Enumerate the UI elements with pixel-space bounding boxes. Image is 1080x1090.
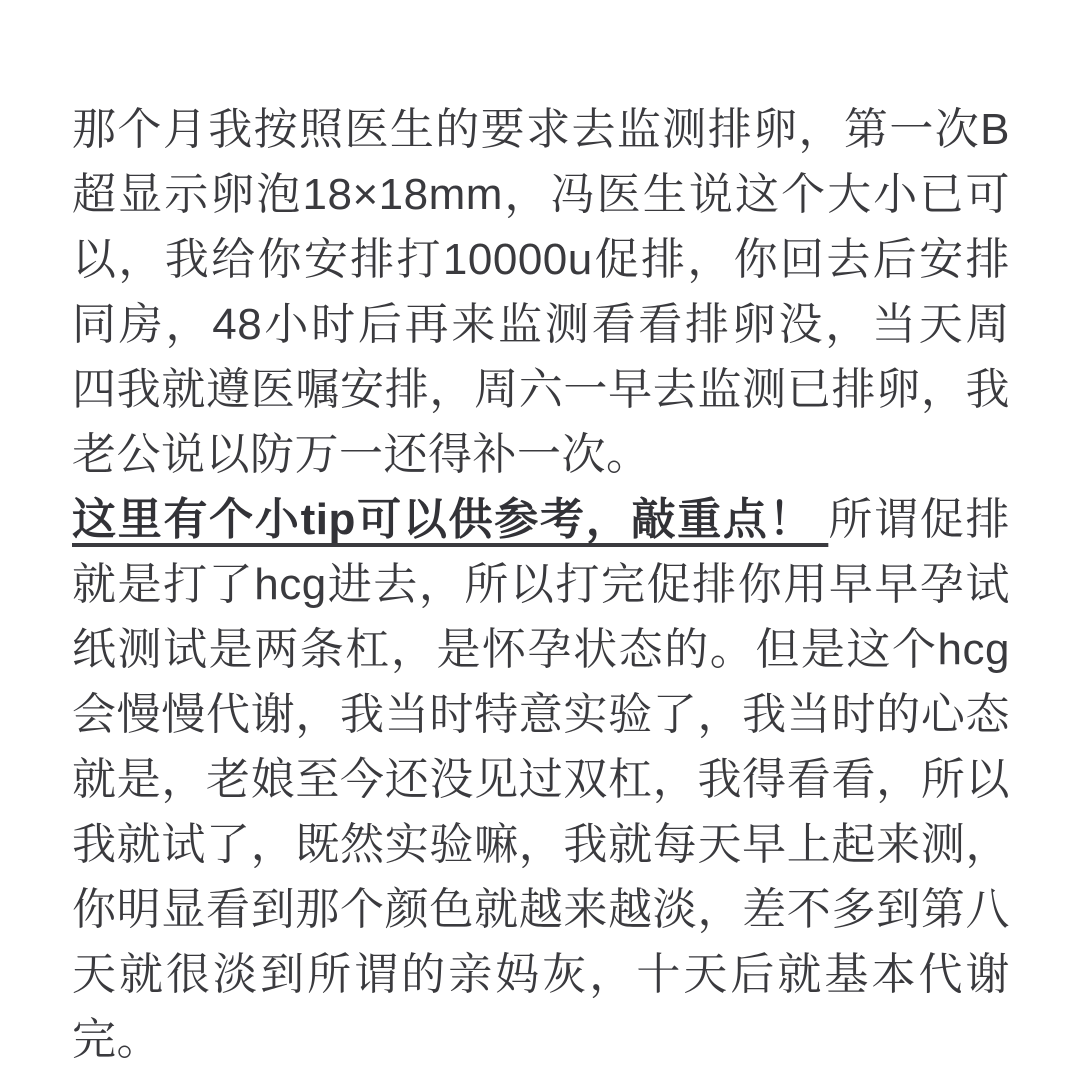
- paragraph-tip: 这里有个小tip可以供参考，敲重点！ 所谓促排就是打了hcg进去，所以打完促排你…: [72, 487, 1010, 1072]
- article-page: 那个月我按照医生的要求去监测排卵，第一次B超显示卵泡18×18mm，冯医生说这个…: [0, 0, 1080, 1090]
- highlight-tip-text: 这里有个小tip可以供参考，敲重点！: [72, 495, 828, 544]
- paragraph-tip-body: 所谓促排就是打了hcg进去，所以打完促排你用早早孕试纸测试是两条杠，是怀孕状态的…: [72, 495, 1010, 1064]
- paragraph-ovulation-monitoring: 那个月我按照医生的要求去监测排卵，第一次B超显示卵泡18×18mm，冯医生说这个…: [72, 97, 1010, 487]
